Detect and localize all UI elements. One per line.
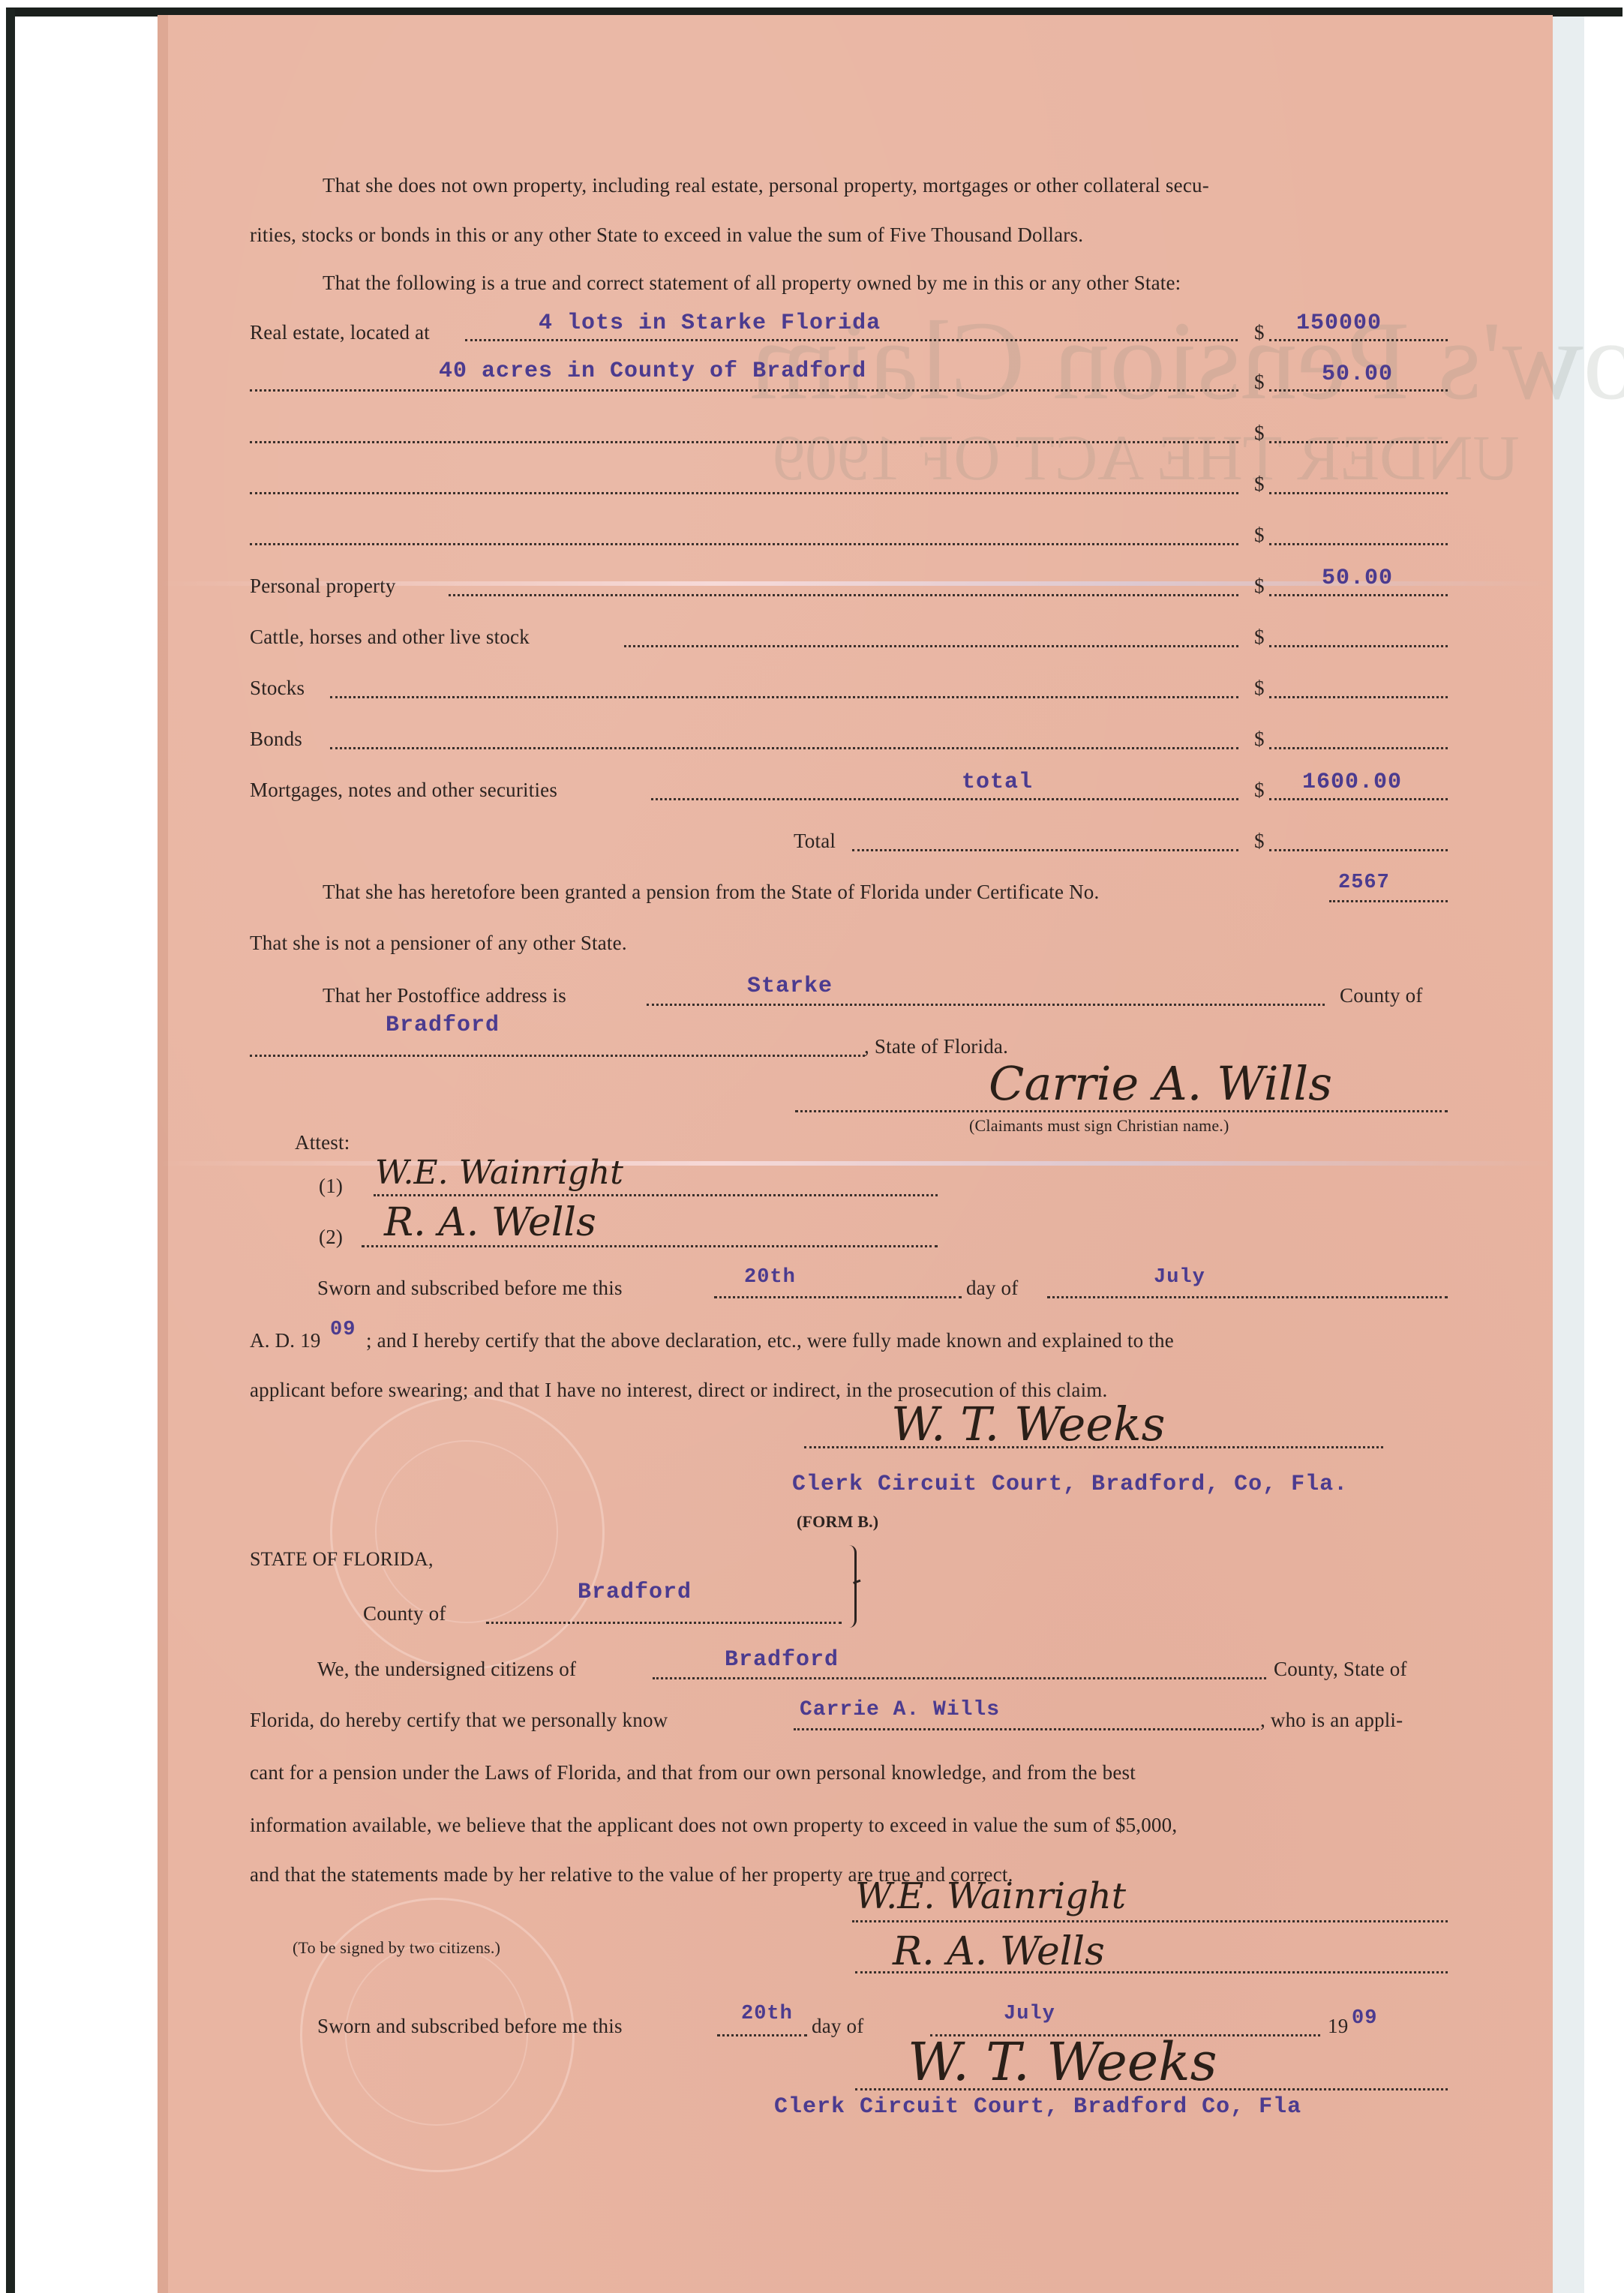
not-pensioner-text: That she is not a pensioner of any other…: [250, 932, 627, 955]
citizen-1-signature: W.E. Wainright: [855, 1875, 1126, 1917]
jurat1-day-of-label: day of: [966, 1277, 1018, 1300]
dotted-leader: [1269, 489, 1448, 494]
postoffice-text: That her Postoffice address is: [323, 984, 566, 1007]
dotted-leader: [250, 438, 1238, 443]
form-b-line3: cant for a pension under the Laws of Flo…: [250, 1761, 1136, 1784]
jurat1-certify-text: ; and I hereby certify that the above de…: [366, 1329, 1174, 1352]
citizen-2-signature: R. A. Wells: [893, 1929, 1105, 1974]
bleed-through-title: Widow's Pension Claim: [750, 296, 1624, 425]
claimant-signature-note: (Claimants must sign Christian name.): [969, 1116, 1229, 1136]
form-b-sworn-text: Sworn and subscribed before me this: [317, 2015, 623, 2038]
dotted-leader: [1047, 1293, 1448, 1298]
form-b-florida-text: Florida, do hereby certify that we perso…: [250, 1709, 668, 1732]
county-value: Bradford: [386, 1013, 500, 1038]
mortgages-note: total: [962, 770, 1033, 795]
total-label: Total: [794, 830, 836, 853]
declaration-para2: That the following is a true and correct…: [323, 272, 1181, 295]
dotted-leader: [330, 744, 1238, 749]
dotted-leader: [1269, 540, 1448, 545]
dotted-leader: [250, 489, 1238, 494]
dotted-leader: [1269, 438, 1448, 443]
dotted-leader: [465, 336, 1238, 341]
form-b-citizens-of-value: Bradford: [725, 1647, 839, 1673]
certificate-number: 2567: [1338, 872, 1390, 894]
mortgages-amount: 1600.00: [1302, 770, 1402, 795]
witness-1-number: (1): [319, 1175, 343, 1198]
form-b-clerk-signature: W. T. Weeks: [908, 2031, 1217, 2093]
dotted-leader: [1269, 693, 1448, 698]
currency-symbol: $: [1254, 677, 1265, 700]
declaration-para1-line1: That she does not own property, includin…: [323, 174, 1209, 197]
dotted-leader: [651, 795, 1238, 800]
dotted-leader: [374, 1191, 938, 1196]
currency-symbol: $: [1254, 524, 1265, 547]
dotted-leader: [714, 1293, 962, 1298]
dotted-leader: [486, 1619, 842, 1624]
jurat1-day: 20th: [744, 1266, 796, 1289]
dotted-leader: [624, 642, 1238, 647]
real-estate-amount-1: 150000: [1296, 311, 1382, 336]
form-b-signed-note: (To be signed by two citizens.): [293, 1938, 500, 1958]
witness-2-signature: R. A. Wells: [384, 1200, 596, 1245]
certificate-text: That she has heretofore been granted a p…: [323, 881, 1099, 904]
form-b-county-of-label: County of: [363, 1602, 446, 1625]
postoffice-value: Starke: [747, 974, 833, 999]
livestock-label: Cattle, horses and other live stock: [250, 626, 530, 649]
state-of-florida-text: , State of Florida.: [864, 1035, 1008, 1058]
currency-symbol: $: [1254, 728, 1265, 751]
form-b-year-prefix: 19: [1328, 2015, 1348, 2038]
form-b-county-value: Bradford: [578, 1580, 692, 1605]
currency-symbol: $: [1254, 422, 1265, 445]
witness-1-signature: W.E. Wainright: [375, 1154, 623, 1192]
form-b-who-is-text: , who is an appli-: [1260, 1709, 1403, 1732]
real-estate-amount-2: 50.00: [1322, 362, 1393, 387]
dotted-leader: [717, 2031, 807, 2036]
currency-symbol: $: [1254, 575, 1265, 598]
dotted-leader: [647, 1001, 1325, 1006]
dotted-leader: [1269, 744, 1448, 749]
dotted-leader: [1269, 642, 1448, 647]
jurat1-clerk-signature: W. T. Weeks: [891, 1397, 1165, 1451]
jurat1-clerk-title: Clerk Circuit Court, Bradford, Co, Fla.: [792, 1472, 1348, 1497]
real-estate-desc-2: 40 acres in County of Bradford: [439, 359, 866, 384]
dotted-leader: [852, 1917, 1448, 1922]
dotted-leader: [250, 1052, 865, 1057]
paper-fold-line: [158, 1161, 1553, 1166]
declaration-para1-line2: rities, stocks or bonds in this or any o…: [250, 224, 1083, 247]
jurat1-ad-prefix: A. D. 19: [250, 1329, 321, 1352]
claimant-signature: Carrie A. Wills: [989, 1056, 1332, 1111]
stocks-label: Stocks: [250, 677, 305, 700]
form-b-applicant-name: Carrie A. Wills: [800, 1698, 1000, 1721]
dotted-leader: [250, 386, 1238, 392]
form-b-line4: information available, we believe that t…: [250, 1814, 1177, 1837]
dotted-leader: [1269, 846, 1448, 851]
personal-property-amount: 50.00: [1322, 566, 1393, 591]
dotted-leader: [1329, 897, 1448, 902]
dotted-leader: [1269, 386, 1448, 392]
dotted-leader: [1269, 795, 1448, 800]
jurat1-month: July: [1154, 1266, 1205, 1289]
form-b-month: July: [1004, 2003, 1055, 2025]
form-b-we-text: We, the undersigned citizens of: [317, 1658, 576, 1681]
bonds-label: Bonds: [250, 728, 302, 751]
currency-symbol: $: [1254, 779, 1265, 802]
currency-symbol: $: [1254, 830, 1265, 853]
scanner-frame-left: [6, 9, 15, 2293]
dotted-leader: [250, 540, 1238, 545]
witness-2-number: (2): [319, 1226, 343, 1249]
embossed-seal-inner: [375, 1440, 558, 1623]
real-estate-label: Real estate, located at: [250, 321, 430, 344]
form-b-day-of-label: day of: [812, 2015, 863, 2038]
dotted-leader: [794, 1725, 1259, 1730]
jurat1-year: 09: [330, 1319, 356, 1341]
form-b-state-label: STATE OF FLORIDA,: [250, 1548, 434, 1571]
bleed-through-subtitle: UNDER THE ACT OF 1909: [773, 420, 1519, 495]
dotted-leader: [1269, 591, 1448, 596]
jurat1-sworn-text: Sworn and subscribed before me this: [317, 1277, 623, 1300]
attest-label: Attest:: [295, 1131, 350, 1154]
currency-symbol: $: [1254, 626, 1265, 649]
dotted-leader: [852, 846, 1238, 851]
currency-symbol: $: [1254, 473, 1265, 496]
dotted-leader: [653, 1674, 1266, 1679]
currency-symbol: $: [1254, 371, 1265, 394]
mortgages-label: Mortgages, notes and other securities: [250, 779, 557, 802]
real-estate-desc-1: 4 lots in Starke Florida: [539, 311, 881, 336]
county-of-label: County of: [1340, 984, 1423, 1007]
form-b-year: 09: [1352, 2007, 1377, 2030]
personal-property-label: Personal property: [250, 575, 396, 598]
currency-symbol: $: [1254, 321, 1265, 344]
form-b-clerk-title: Clerk Circuit Court, Bradford Co, Fla: [774, 2094, 1301, 2120]
form-b-county-state-text: County, State of: [1274, 1658, 1407, 1681]
form-b-day: 20th: [741, 2003, 793, 2025]
dotted-leader: [330, 693, 1238, 698]
dotted-leader: [449, 591, 1238, 596]
dotted-leader: [1269, 336, 1448, 341]
paper-left-edge: [158, 15, 168, 2293]
form-b-label: (FORM B.): [797, 1512, 878, 1532]
